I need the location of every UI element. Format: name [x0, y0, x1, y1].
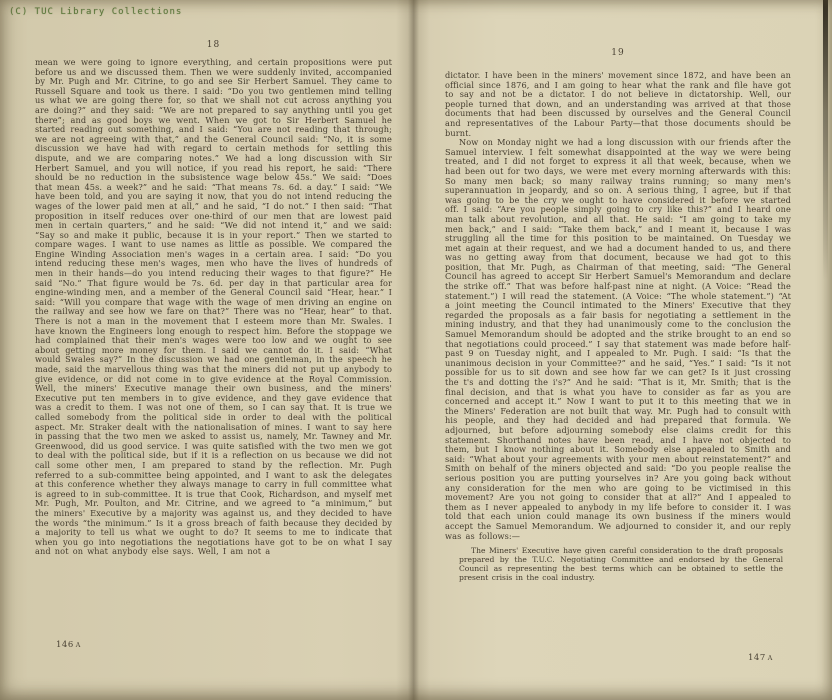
- left-page: 18 mean we were going to ignore everythi…: [35, 40, 392, 557]
- right-page-number: 19: [445, 48, 791, 58]
- left-page-folio: 146A: [56, 640, 81, 650]
- left-page-body: mean we were going to ignore everything,…: [35, 58, 392, 557]
- right-folio-suffix: A: [768, 655, 773, 662]
- right-page-paragraph-2: Now on Monday night we had a long discus…: [445, 138, 791, 541]
- right-folio-number: 147: [748, 653, 766, 663]
- right-page-quote-block: The Miners' Executive have given careful…: [459, 547, 783, 583]
- watermark-text: (C) TUC Library Collections: [9, 7, 182, 17]
- book-scan: (C) TUC Library Collections 18 mean we w…: [0, 0, 832, 700]
- left-folio-suffix: A: [76, 642, 81, 649]
- left-page-number: 18: [35, 40, 392, 50]
- right-page-folio: 147A: [748, 653, 773, 663]
- left-folio-number: 146: [56, 640, 74, 650]
- right-page: 19 dictator. I have been in the miners' …: [445, 48, 791, 583]
- gutter-shadow: [396, 0, 430, 700]
- right-page-paragraph-1: dictator. I have been in the miners' mov…: [445, 71, 791, 138]
- page-edge-shadow: [823, 0, 828, 280]
